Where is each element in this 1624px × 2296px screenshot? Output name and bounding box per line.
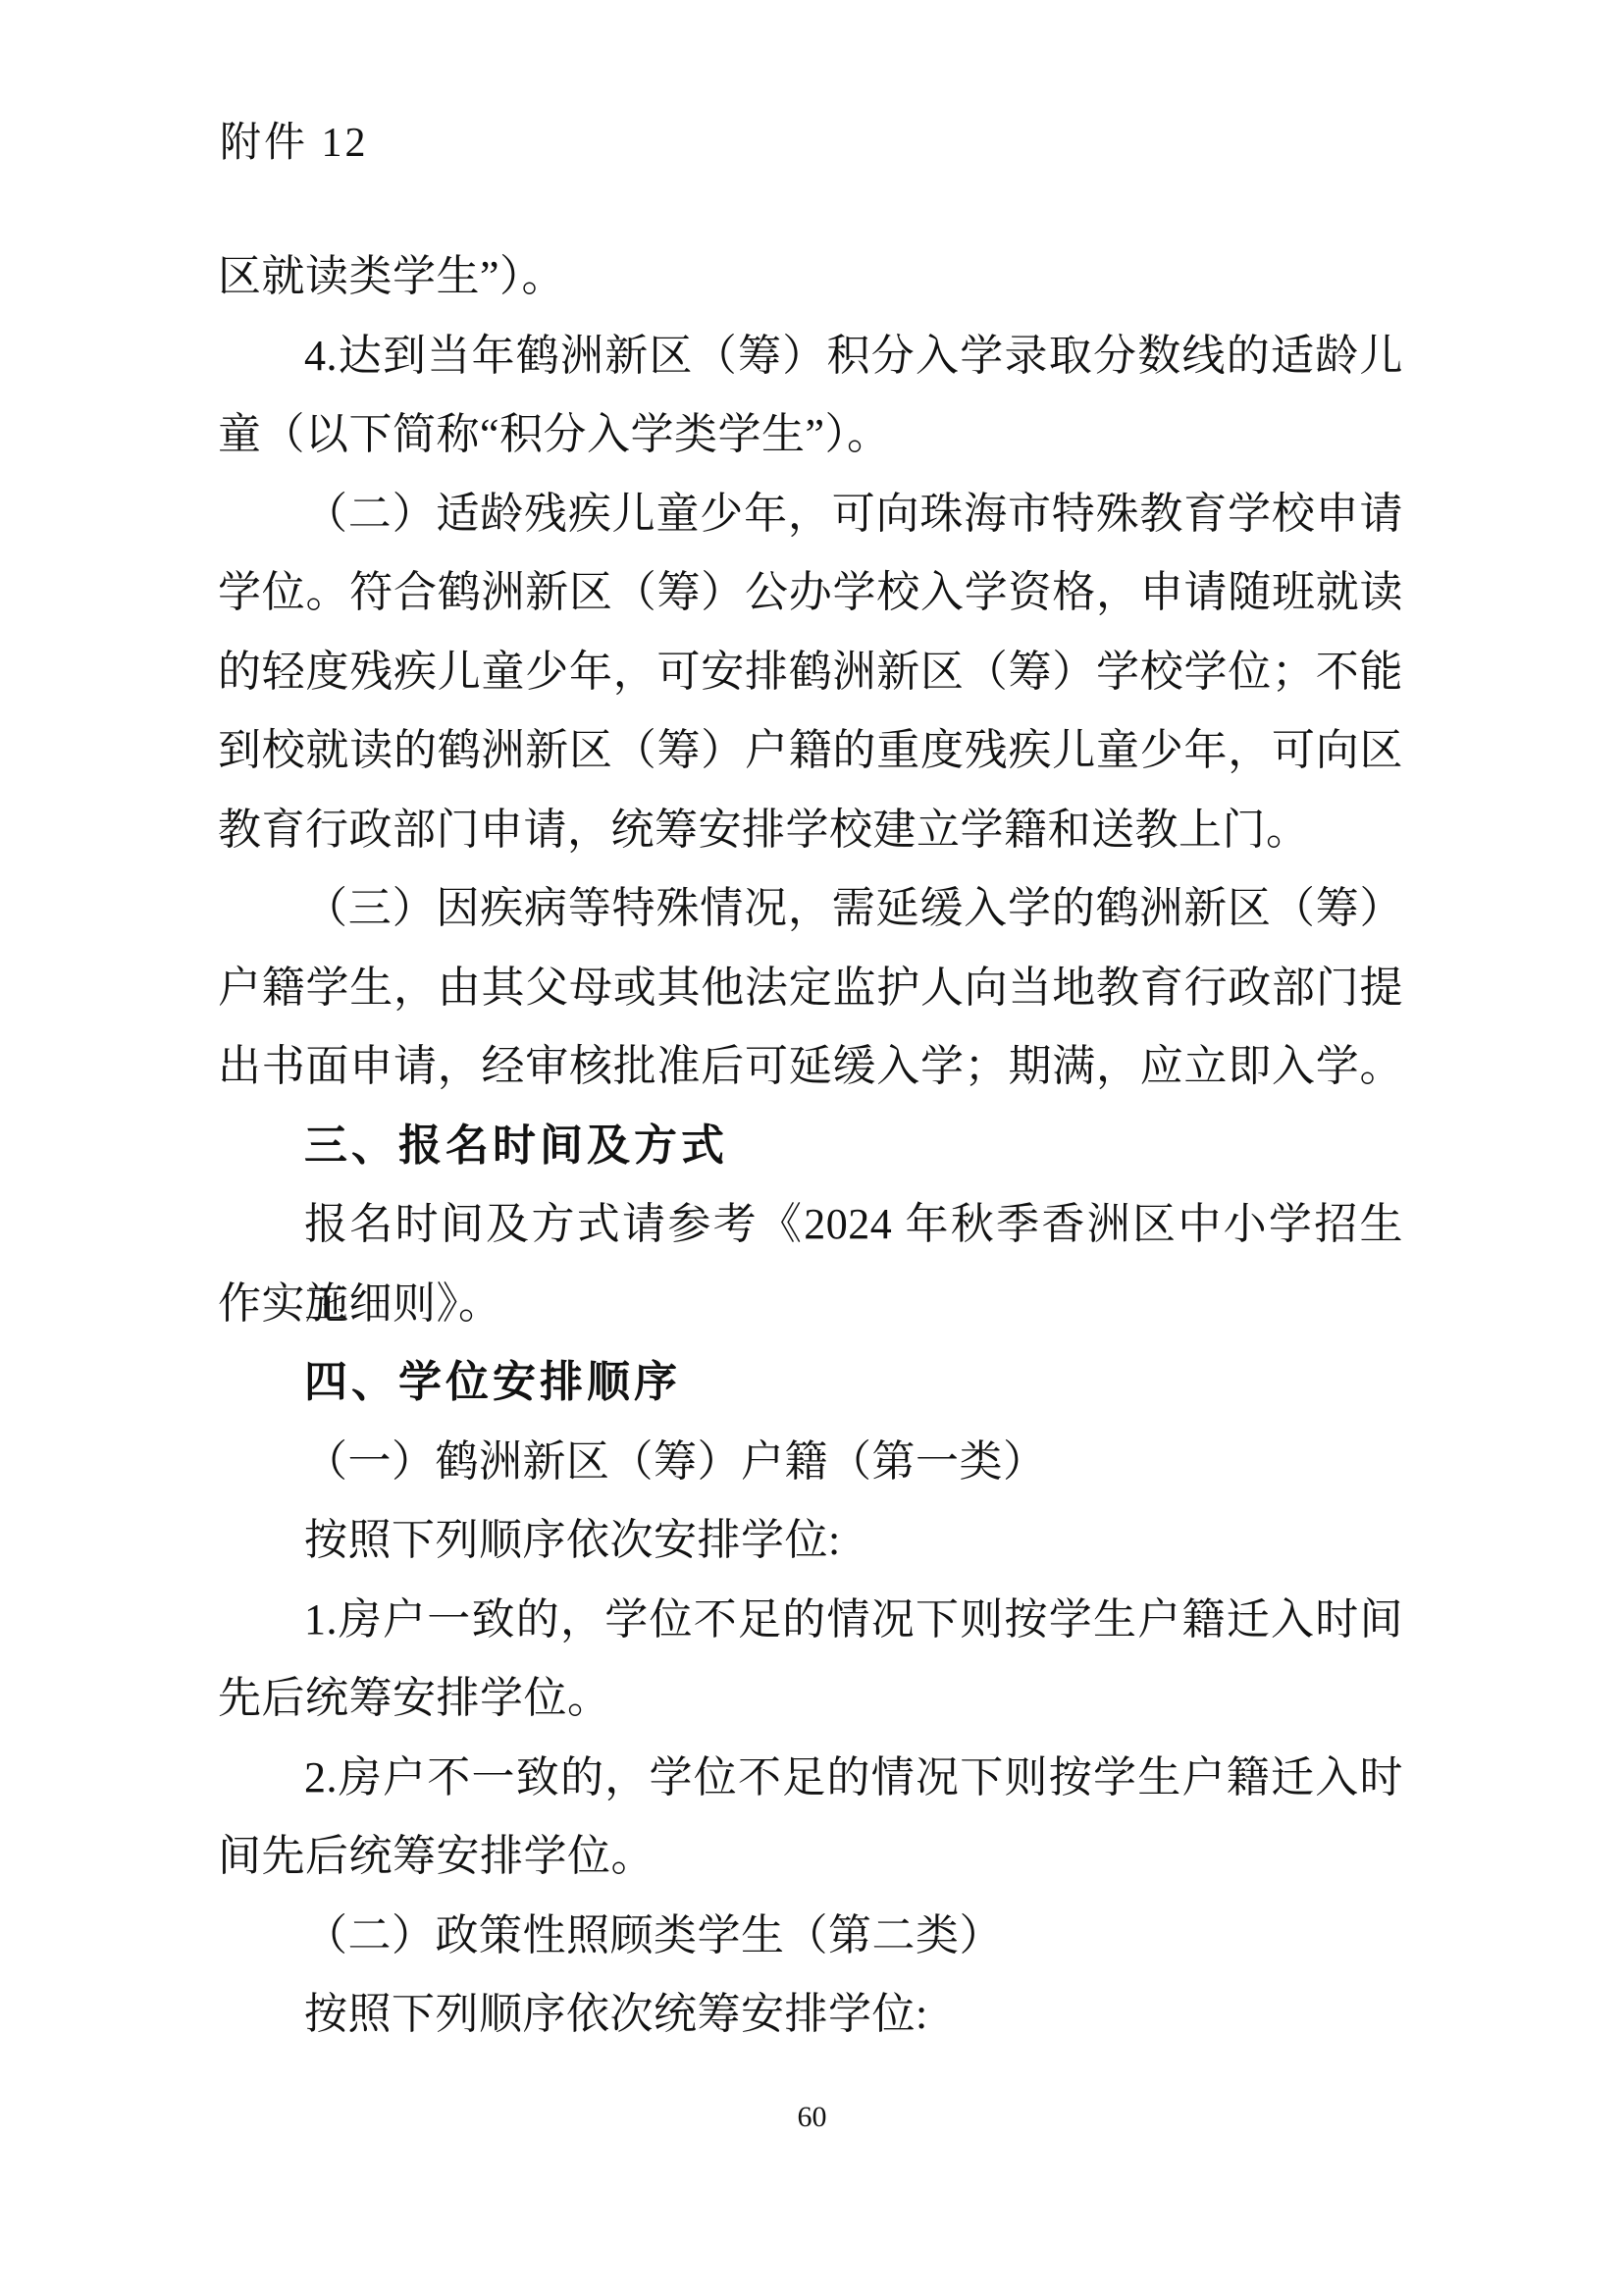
text-line: 教育行政部门申请，统筹安排学校建立学籍和送教上门。 bbox=[218, 791, 1403, 870]
text-line: 2.房户不一致的，学位不足的情况下则按学生户籍迁入时 bbox=[218, 1739, 1403, 1818]
text-line: 的轻度残疾儿童少年，可安排鹤洲新区（筹）学校学位；不能 bbox=[218, 633, 1403, 712]
attachment-label: 附件 12 bbox=[220, 122, 369, 165]
text-line: 区就读类学生”）。 bbox=[218, 237, 1403, 317]
section-heading: 三、报名时间及方式 bbox=[218, 1107, 1403, 1186]
text-line: 户籍学生，由其父母或其他法定监护人向当地教育行政部门提 bbox=[218, 949, 1403, 1028]
text-line: 作实施细则》。 bbox=[218, 1265, 1403, 1344]
text-line: 4.达到当年鹤洲新区（筹）积分入学录取分数线的适龄儿 bbox=[218, 317, 1403, 396]
page-number: 60 bbox=[0, 2102, 1624, 2133]
text-line: 按照下列顺序依次统筹安排学位: bbox=[218, 1975, 1403, 2055]
section-heading: 四、学位安排顺序 bbox=[218, 1343, 1403, 1423]
document-page: 附件 12 区就读类学生”）。4.达到当年鹤洲新区（筹）积分入学录取分数线的适龄… bbox=[0, 0, 1624, 2296]
text-line: 1.房户一致的，学位不足的情况下则按学生户籍迁入时间 bbox=[218, 1581, 1403, 1660]
text-line: （二）适龄残疾儿童少年，可向珠海市特殊教育学校申请 bbox=[218, 475, 1403, 554]
text-line: 童（以下简称“积分入学类学生”）。 bbox=[218, 395, 1403, 475]
text-line: （二）政策性照顾类学生（第二类） bbox=[218, 1897, 1403, 1976]
document-body: 区就读类学生”）。4.达到当年鹤洲新区（筹）积分入学录取分数线的适龄儿童（以下简… bbox=[218, 237, 1403, 2055]
text-line: （一）鹤洲新区（筹）户籍（第一类） bbox=[218, 1423, 1403, 1502]
text-line: 先后统筹安排学位。 bbox=[218, 1659, 1403, 1739]
text-line: 报名时间及方式请参考《2024 年秋季香洲区中小学招生工 bbox=[218, 1185, 1403, 1265]
text-line: 按照下列顺序依次安排学位: bbox=[218, 1501, 1403, 1581]
text-line: （三）因疾病等特殊情况，需延缓入学的鹤洲新区（筹） bbox=[218, 869, 1403, 949]
text-line: 到校就读的鹤洲新区（筹）户籍的重度残疾儿童少年，可向区 bbox=[218, 711, 1403, 791]
text-line: 间先后统筹安排学位。 bbox=[218, 1817, 1403, 1897]
text-line: 出书面申请，经审核批准后可延缓入学；期满，应立即入学。 bbox=[218, 1027, 1403, 1107]
text-line: 学位。符合鹤洲新区（筹）公办学校入学资格，申请随班就读 bbox=[218, 553, 1403, 633]
